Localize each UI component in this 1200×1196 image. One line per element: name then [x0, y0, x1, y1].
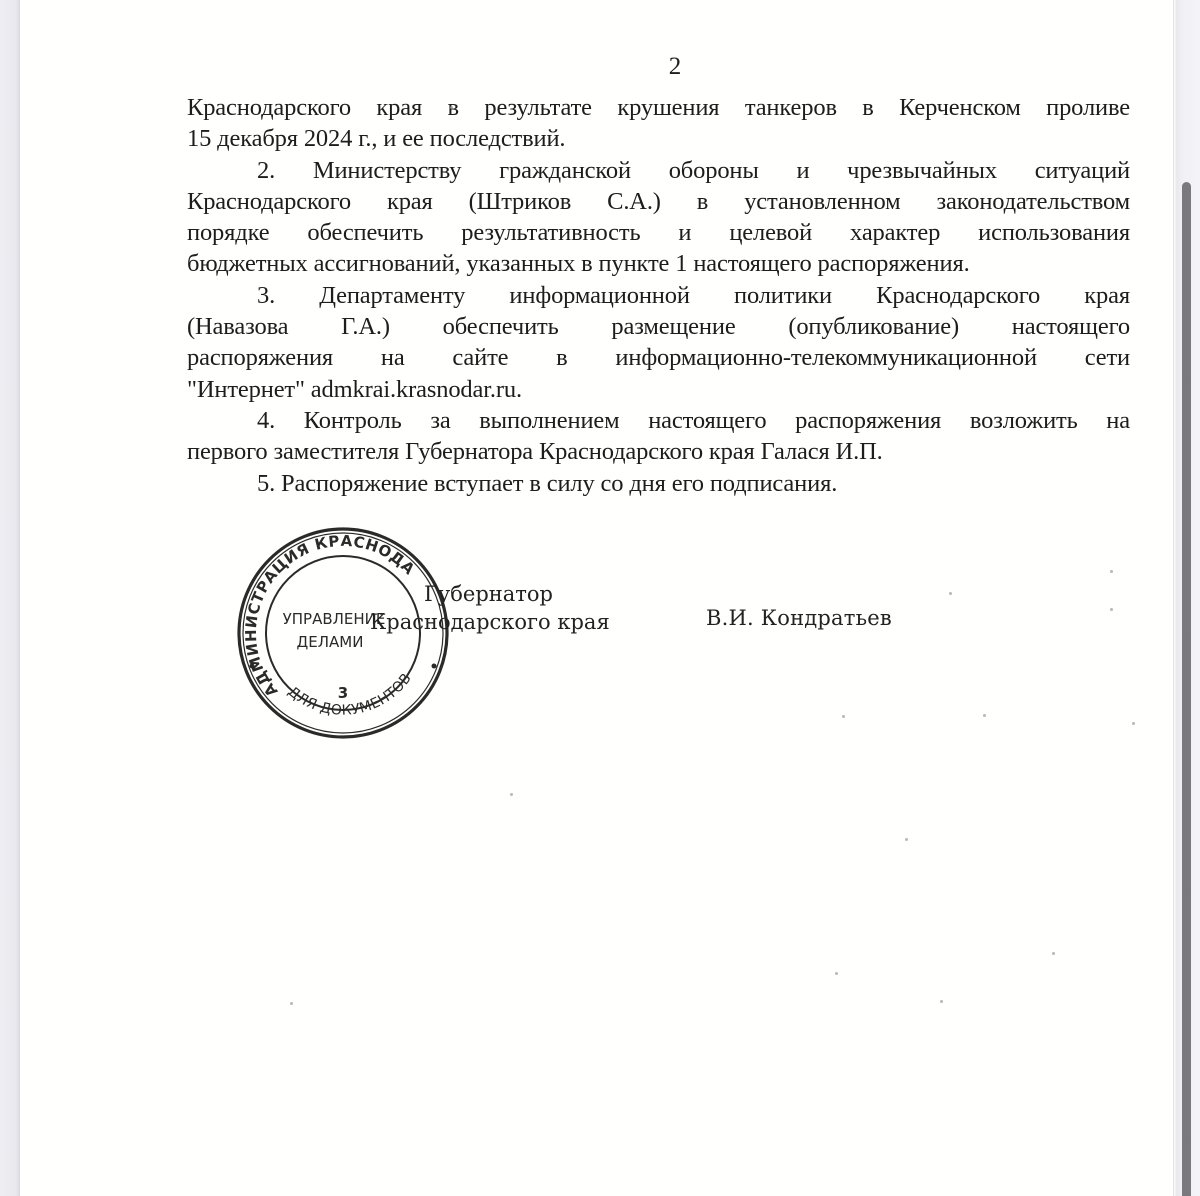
text-line: 5. Распоряжение вступает в силу со дня е… — [187, 468, 1130, 499]
scan-speck — [940, 1000, 943, 1003]
scan-speck — [1110, 570, 1113, 573]
signatory-name: В.И. Кондратьев — [706, 606, 892, 630]
scan-speck — [450, 106, 453, 109]
text-line: 4. Контроль за выполнением настоящего ра… — [187, 405, 1130, 436]
paragraph-item-3: 3. Департаменту информационной политики … — [187, 280, 1130, 405]
scan-speck — [949, 592, 952, 595]
text-line: первого заместителя Губернатора Краснода… — [187, 436, 1130, 467]
document-page: 2 Краснодарского края в результате круше… — [20, 0, 1174, 1196]
scan-speck — [842, 715, 845, 718]
paragraph-item-4: 4. Контроль за выполнением настоящего ра… — [187, 405, 1130, 468]
text-line: 2. Министерству гражданской обороны и чр… — [187, 155, 1130, 186]
text-line: порядке обеспечить результативность и це… — [187, 217, 1130, 248]
scan-speck — [1132, 722, 1135, 725]
vertical-scrollbar-thumb[interactable] — [1182, 182, 1191, 1196]
scan-speck — [983, 714, 986, 717]
signatory-title-line-1: Губернатор — [424, 582, 553, 606]
signature-block: Губернатор Краснодарского края В.И. Конд… — [20, 576, 1174, 776]
scan-speck — [835, 972, 838, 975]
page-number: 2 — [20, 52, 1200, 82]
text-line: (Навазова Г.А.) обеспечить размещение (о… — [187, 311, 1130, 342]
signatory-title-line-2: Краснодарского края — [370, 610, 610, 634]
text-line: Краснодарского края в результате крушени… — [187, 92, 1130, 123]
text-line: 3. Департаменту информационной политики … — [187, 280, 1130, 311]
paragraph-item-5: 5. Распоряжение вступает в силу со дня е… — [187, 468, 1130, 499]
scan-speck — [1110, 608, 1113, 611]
scan-speck — [290, 1002, 293, 1005]
scan-speck — [510, 793, 513, 796]
scan-speck — [1052, 952, 1055, 955]
vertical-scrollbar-track[interactable] — [1173, 0, 1200, 1196]
text-line: "Интернет" admkrai.krasnodar.ru. — [187, 374, 1130, 405]
text-line: Краснодарского края (Штриков С.А.) в уст… — [187, 186, 1130, 217]
text-line: распоряжения на сайте в информационно-те… — [187, 342, 1130, 373]
viewer-left-gutter — [0, 0, 20, 1196]
paragraph-continuation: Краснодарского края в результате крушени… — [187, 92, 1130, 155]
text-line: бюджетных ассигнований, указанных в пунк… — [187, 248, 1130, 279]
paragraph-item-2: 2. Министерству гражданской обороны и чр… — [187, 155, 1130, 280]
text-line: 15 декабря 2024 г., и ее последствий. — [187, 123, 1130, 154]
document-body: Краснодарского края в результате крушени… — [187, 92, 1130, 499]
scan-speck — [905, 838, 908, 841]
